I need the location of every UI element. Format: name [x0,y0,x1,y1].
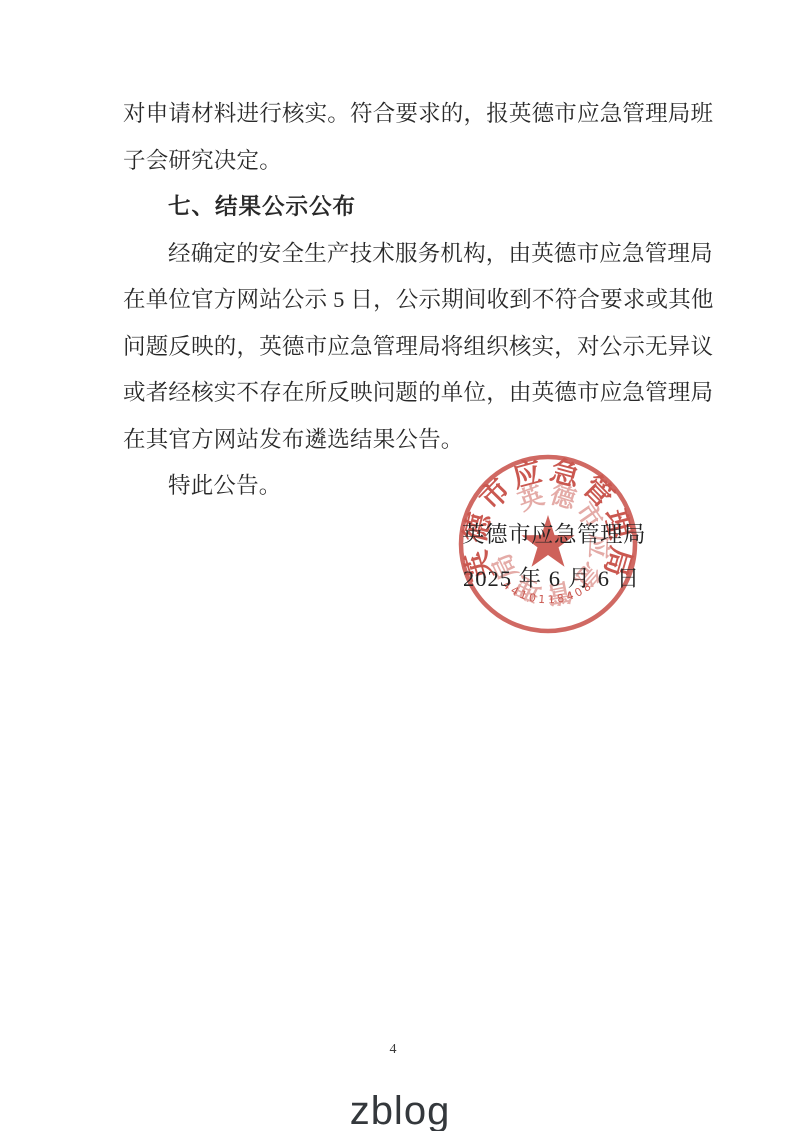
body-line: 对申请材料进行核实。符合要求的，报英德市应急管理局班 [123,91,681,138]
document-page: 对申请材料进行核实。符合要求的，报英德市应急管理局班 子会研究决定。 七、结果公… [0,0,800,1131]
watermark: zblog [0,1089,800,1131]
body-line: 经确定的安全生产技术服务机构，由英德市应急管理局 [123,231,681,278]
body-line: 子会研究决定。 [123,138,681,185]
body-line: 或者经核实不存在所反映问题的单位，由英德市应急管理局 [123,370,681,417]
page-number: 4 [0,1042,786,1058]
signature-date: 2025 年 6 月 6 日 [463,561,640,593]
signature-organization: 英德市应急管理局 [462,517,646,549]
section-heading: 七、结果公示公布 [123,184,681,231]
body-line: 问题反映的，英德市应急管理局将组织核实，对公示无异议 [123,324,681,371]
body-line: 在单位官方网站公示 5 日，公示期间收到不符合要求或其他 [123,277,681,324]
